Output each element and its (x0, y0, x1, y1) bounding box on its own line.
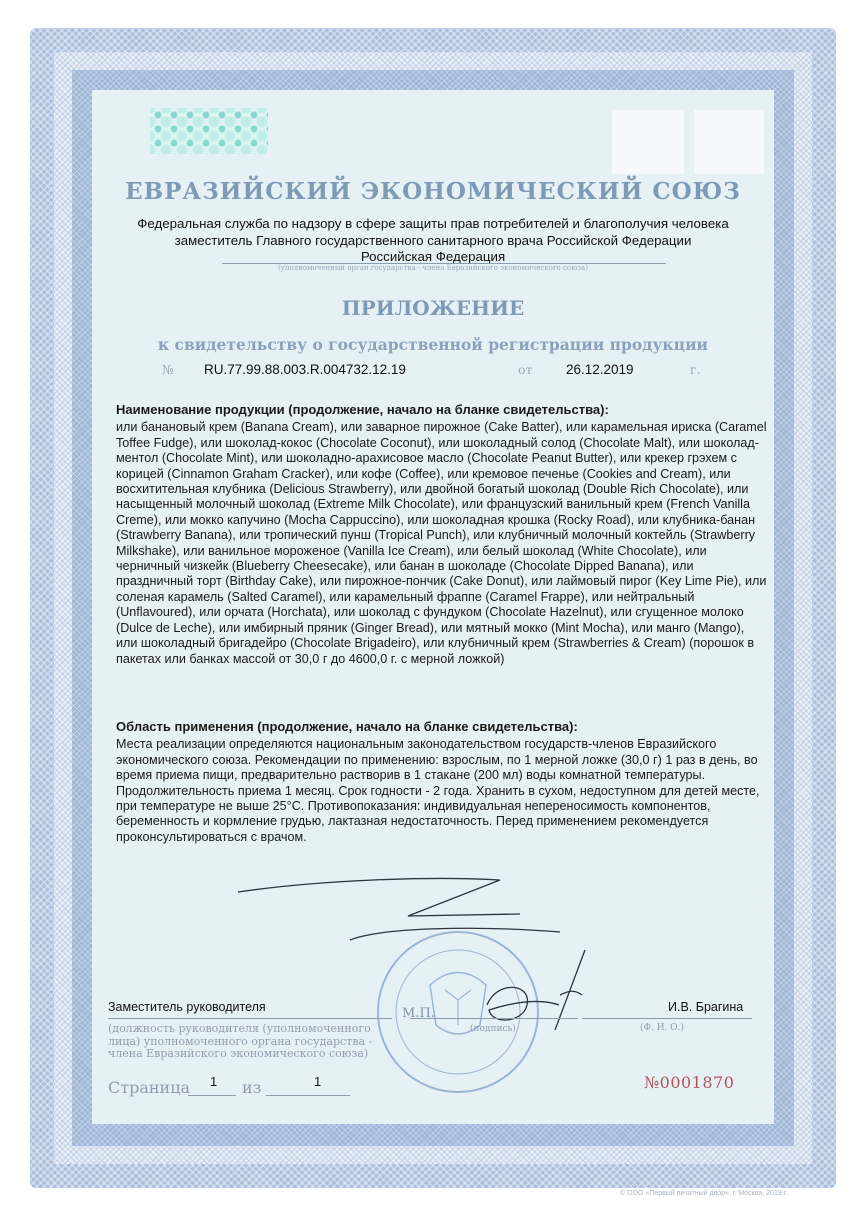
signature-caption: (подпись) (470, 1023, 516, 1036)
page-underline (188, 1095, 236, 1096)
total-pages: 1 (314, 1074, 321, 1089)
name-caption: (Ф. И. О.) (640, 1022, 684, 1035)
position-caption: (должность руководителя (уполномоченного… (108, 1023, 398, 1061)
signer-name: И.В. Брагина (668, 1000, 743, 1014)
of-label: из (242, 1078, 261, 1097)
page-label: Страница (108, 1078, 190, 1097)
position-underline (108, 1018, 392, 1019)
total-underline (266, 1095, 350, 1096)
printer-footer: © ООО «Первый печатный двор», г. Москва,… (620, 1190, 787, 1197)
signer-position: Заместитель руководителя (108, 1000, 266, 1014)
serial-number: №0001870 (644, 1073, 734, 1092)
page-number: 1 (210, 1074, 217, 1089)
signature-underline (410, 1018, 578, 1019)
name-underline (582, 1018, 752, 1019)
